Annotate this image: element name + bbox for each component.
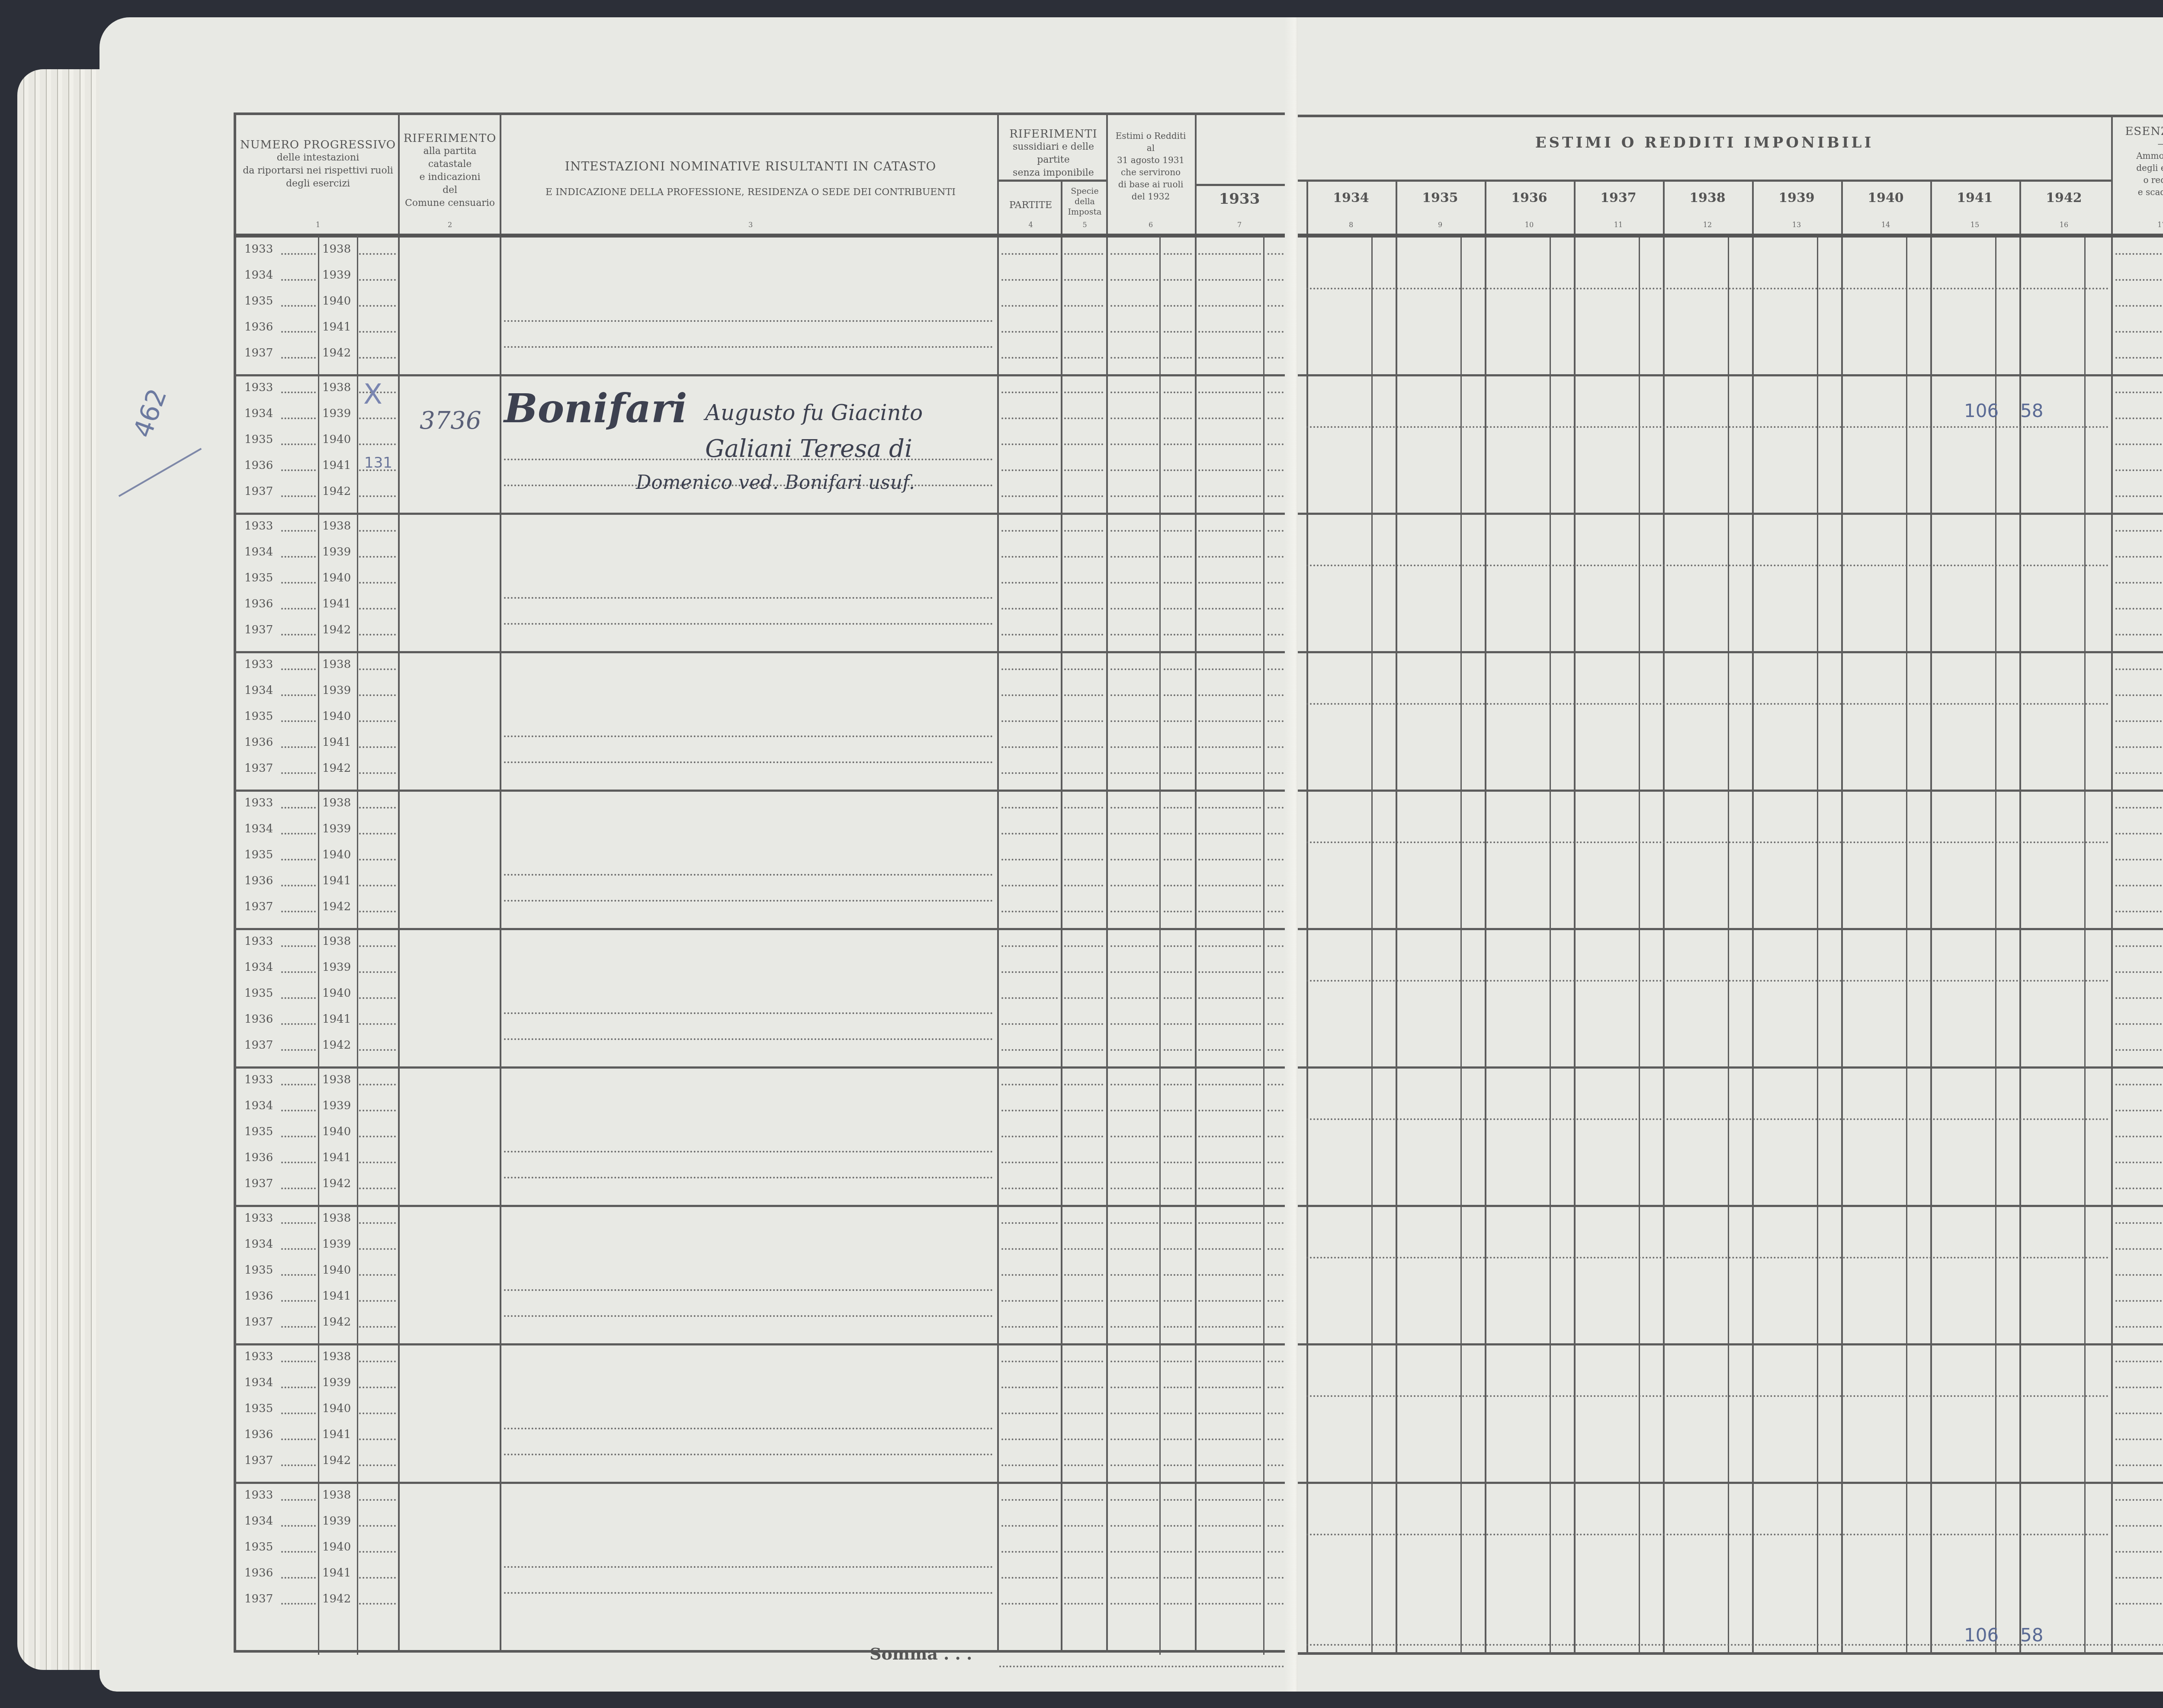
year-label: 1934: [244, 961, 273, 974]
dotted-rule: [1198, 1188, 1261, 1189]
dotted-rule: [1198, 608, 1261, 610]
year-label: 1933: [244, 1350, 273, 1363]
dotted-rule: [359, 1326, 396, 1328]
value-line: [1306, 1257, 2109, 1259]
dotted-rule: [1198, 1274, 1261, 1276]
dotted-rule: [1110, 1499, 1158, 1501]
dotted-rule: [281, 530, 316, 532]
block-divider: [1298, 1066, 2163, 1069]
dotted-rule: [359, 1438, 396, 1440]
dotted-rule: [2115, 746, 2163, 748]
dotted-rule: [281, 279, 316, 281]
dotted-rule: [1064, 772, 1103, 774]
dotted-rule: [359, 1110, 396, 1111]
dotted-rule: [1164, 1361, 1192, 1362]
dotted-rule: [359, 746, 396, 748]
dotted-rule: [1064, 1274, 1103, 1276]
dotted-rule: [1110, 1551, 1158, 1553]
dotted-rule: [1064, 1577, 1103, 1579]
dotted-rule: [1110, 772, 1158, 774]
year-label: 1940: [322, 710, 351, 723]
dotted-rule: [1110, 833, 1158, 835]
dotted-rule: [1001, 443, 1058, 445]
value-line: [1306, 1534, 2109, 1535]
column-number: 7: [1196, 221, 1283, 229]
dotted-rule: [1110, 417, 1158, 419]
dotted-rule: [1001, 772, 1058, 774]
column-divider: [1195, 112, 1197, 1653]
dotted-rule: [1001, 556, 1058, 558]
dotted-rule: [359, 1300, 396, 1302]
dotted-rule: [1164, 720, 1192, 722]
dotted-rule: [1001, 1162, 1058, 1163]
dotted-rule: [1198, 417, 1261, 419]
cross-mark: X: [363, 379, 382, 411]
dotted-rule: [1064, 1413, 1103, 1414]
dotted-rule: [1110, 1326, 1158, 1328]
cents-divider: [1995, 236, 1996, 1655]
dotted-rule: [1064, 885, 1103, 886]
year-label: 1934: [244, 1376, 273, 1389]
dotted-rule: [1164, 305, 1192, 307]
header-line: RIFERIMENTO: [400, 132, 500, 145]
dotted-rule: [1001, 608, 1058, 610]
dotted-rule: [2115, 634, 2163, 636]
year-label: 1933: [244, 1212, 273, 1225]
year-label: 1940: [322, 987, 351, 1000]
year-label: 1940: [322, 1264, 351, 1277]
year-label: 1942: [322, 762, 351, 775]
header-line: e indicazioni: [400, 171, 500, 184]
dotted-rule: [1001, 1326, 1058, 1328]
dotted-rule: [2115, 1499, 2163, 1501]
dotted-rule: [281, 1387, 316, 1388]
year-label: 1941: [322, 459, 351, 472]
dotted-rule: [1064, 1049, 1103, 1051]
column-number: 12: [1663, 221, 1752, 229]
dotted-rule: [359, 1222, 396, 1224]
dotted-rule: [359, 634, 396, 636]
dotted-rule: [1198, 1438, 1261, 1440]
dotted-rule: [1001, 357, 1058, 359]
dotted-rule: [1164, 1248, 1192, 1250]
header-year-1942: 1942: [2019, 190, 2108, 205]
dotted-rule: [359, 694, 396, 696]
dotted-rule: [2115, 279, 2163, 281]
year-label: 1935: [244, 295, 273, 308]
dotted-rule: [281, 1603, 316, 1605]
dotted-rule: [1164, 443, 1192, 445]
year-label: 1939: [322, 1515, 351, 1528]
owner-given-names: Augusto fu Giacinto: [705, 400, 923, 425]
column-divider: [398, 112, 400, 1653]
column-divider: [1106, 112, 1108, 1653]
dotted-rule: [1064, 1162, 1103, 1163]
dotted-rule: [359, 1464, 396, 1466]
dotted-rule: [2115, 668, 2163, 670]
dotted-rule: [1198, 971, 1261, 973]
dotted-rule: [1110, 746, 1158, 748]
column-number: 9: [1396, 221, 1485, 229]
dotted-rule: [1064, 1361, 1103, 1362]
dotted-rule: [1110, 1413, 1158, 1414]
header-line: 31 agosto 1931: [1107, 154, 1194, 166]
dotted-rule: [359, 859, 396, 860]
dotted-rule: [1110, 1274, 1158, 1276]
dotted-rule: [1064, 1603, 1103, 1605]
dotted-rule: [281, 1525, 316, 1527]
header-riferimento: RIFERIMENTO alla partita catastale e ind…: [400, 132, 500, 210]
header-riferimenti-sussidiari: RIFERIMENTI sussidiari e delle partite s…: [999, 128, 1107, 180]
dotted-rule: [2115, 1162, 2163, 1163]
dotted-rule: [1198, 772, 1261, 774]
header-partite: PARTITE: [999, 199, 1062, 212]
entry-line: [504, 1177, 993, 1178]
dotted-rule: [1198, 1464, 1261, 1466]
dotted-rule: [281, 331, 316, 333]
dotted-rule: [1164, 1525, 1192, 1527]
dotted-rule: [1164, 1438, 1192, 1440]
year-label: 1938: [322, 1073, 351, 1086]
dotted-rule: [1164, 417, 1192, 419]
dotted-rule: [281, 634, 316, 636]
value-1941-lire: 106: [1964, 400, 1999, 421]
column-divider: [1159, 236, 1161, 1655]
year-label: 1941: [322, 1013, 351, 1026]
year-label: 1937: [244, 1454, 273, 1467]
year-label: 1936: [244, 1567, 273, 1580]
dotted-rule: [2115, 1248, 2163, 1250]
dotted-rule: [1001, 279, 1058, 281]
dotted-rule: [1110, 469, 1158, 471]
dotted-rule: [1110, 859, 1158, 860]
value-line: [1306, 288, 2109, 289]
dotted-rule: [1164, 772, 1192, 774]
dotted-rule: [359, 495, 396, 497]
right-page: Mod. 111 - Imposte Dirette (Intercalare)…: [1298, 17, 2163, 1692]
year-label: 1940: [322, 1125, 351, 1138]
dotted-rule: [281, 582, 316, 584]
header-year-1937: 1937: [1574, 190, 1663, 205]
entry-line: [504, 1289, 993, 1291]
dotted-rule: [1198, 1023, 1261, 1025]
year-label: 1939: [322, 407, 351, 420]
dotted-rule: [1064, 1084, 1103, 1085]
dotted-rule: [1164, 1603, 1192, 1605]
year-label: 1937: [244, 1592, 273, 1605]
dotted-rule: [1001, 1110, 1058, 1111]
dotted-rule: [359, 885, 396, 886]
open-ledger-book: NUMERO PROGRESSIVO delle intestazioni da…: [17, 9, 2163, 1696]
cents-divider: [1817, 236, 1818, 1655]
dotted-rule: [1064, 1222, 1103, 1224]
block-divider: [234, 1343, 1302, 1345]
column-divider: [1752, 182, 1754, 1655]
year-label: 1942: [322, 485, 351, 498]
cents-divider: [1550, 236, 1551, 1655]
year-label: 1936: [244, 597, 273, 610]
dotted-rule: [1064, 530, 1103, 532]
value-line: [1306, 426, 2109, 428]
dotted-rule: [1198, 1049, 1261, 1051]
year-label: 1938: [322, 381, 351, 394]
dotted-rule: [1001, 253, 1058, 255]
year-label: 1936: [244, 459, 273, 472]
right-table-frame: [1298, 115, 2163, 1655]
dotted-rule: [1164, 253, 1192, 255]
dotted-rule: [1064, 1387, 1103, 1388]
dotted-rule: [1064, 253, 1103, 255]
dotted-rule: [1001, 582, 1058, 584]
header-line: E INDICAZIONE DELLA PROFESSIONE, RESIDEN…: [502, 186, 999, 199]
dotted-rule: [1064, 911, 1103, 912]
dotted-rule: [1164, 582, 1192, 584]
dotted-rule: [1198, 331, 1261, 333]
year-label: 1933: [244, 1489, 273, 1502]
year-label: 1933: [244, 243, 273, 256]
dotted-rule: [359, 417, 396, 419]
year-label: 1935: [244, 710, 273, 723]
year-label: 1934: [244, 1515, 273, 1528]
dotted-rule: [1064, 1499, 1103, 1501]
dotted-rule: [2115, 495, 2163, 497]
dotted-rule: [281, 417, 316, 419]
dotted-rule: [281, 1413, 316, 1414]
dotted-rule: [281, 305, 316, 307]
dotted-rule: [359, 668, 396, 670]
dotted-rule: [281, 945, 316, 947]
header-line: degli esercizi: [238, 177, 398, 190]
header-line: Specie: [1062, 186, 1107, 196]
dotted-rule: [281, 443, 316, 445]
year-label: 1939: [322, 546, 351, 559]
dotted-rule: [1198, 530, 1261, 532]
year-label: 1941: [322, 1428, 351, 1441]
dotted-rule: [1164, 746, 1192, 748]
dotted-rule: [1001, 469, 1058, 471]
block-divider: [234, 374, 1302, 376]
block-divider: [1298, 928, 2163, 930]
year-label: 1941: [322, 1567, 351, 1580]
dotted-rule: [1164, 694, 1192, 696]
year-label: 1942: [322, 1454, 351, 1467]
side-note: 131: [364, 454, 392, 472]
column-number: 4: [999, 221, 1062, 229]
dotted-rule: [1110, 1387, 1158, 1388]
dotted-rule: [2115, 1577, 2163, 1579]
dotted-rule: [281, 720, 316, 722]
dotted-rule: [359, 1499, 396, 1501]
header-line: del 1932: [1107, 190, 1194, 202]
dotted-rule: [1001, 1274, 1058, 1276]
column-divider: [500, 112, 501, 1653]
dotted-rule: [1164, 1577, 1192, 1579]
year-label: 1933: [244, 935, 273, 948]
dotted-rule: [1110, 279, 1158, 281]
value-line: [1306, 1118, 2109, 1120]
co-owner-line: Galiani Teresa di: [705, 435, 912, 463]
dotted-rule: [359, 1413, 396, 1414]
column-divider: [2111, 115, 2113, 1655]
entry-line: [504, 346, 993, 348]
dotted-rule: [1001, 911, 1058, 912]
dotted-rule: [1164, 634, 1192, 636]
column-divider: [1841, 182, 1843, 1655]
year-label: 1938: [322, 935, 351, 948]
column-divider: [357, 236, 358, 1655]
year-label: 1937: [244, 623, 273, 636]
dotted-rule: [281, 392, 316, 393]
dotted-rule: [1164, 1049, 1192, 1051]
dotted-rule: [281, 859, 316, 860]
value-line: [1306, 703, 2109, 705]
year-label: 1942: [322, 900, 351, 913]
header-line: di base ai ruoli: [1107, 178, 1194, 190]
dotted-rule: [1164, 1136, 1192, 1137]
dotted-rule: [359, 556, 396, 558]
dotted-rule: [2115, 971, 2163, 973]
dotted-rule: [281, 772, 316, 774]
block-divider: [234, 1205, 1302, 1207]
dotted-rule: [1001, 1300, 1058, 1302]
year-label: 1940: [322, 295, 351, 308]
header-esenzioni: ESENZIONI — Ammontare degli estimi o red…: [2113, 125, 2163, 198]
entry-line: [504, 1428, 993, 1429]
year-label: 1934: [244, 546, 273, 559]
dotted-rule: [1198, 945, 1261, 947]
dotted-rule: [1001, 945, 1058, 947]
dotted-rule: [1164, 357, 1192, 359]
dotted-rule: [1110, 495, 1158, 497]
dotted-rule: [1198, 495, 1261, 497]
dotted-rule: [1064, 634, 1103, 636]
dotted-rule: [1164, 556, 1192, 558]
dotted-rule: [1198, 668, 1261, 670]
dotted-rule: [1198, 305, 1261, 307]
dotted-rule: [359, 807, 396, 809]
column-divider: [1574, 182, 1576, 1655]
block-divider: [234, 513, 1302, 515]
dotted-rule: [1164, 911, 1192, 912]
header-estimi-1932: Estimi o Redditi al 31 agosto 1931 che s…: [1107, 130, 1194, 202]
partita-number: 3736: [420, 407, 481, 435]
dotted-rule: [1001, 885, 1058, 886]
year-label: 1936: [244, 1290, 273, 1303]
dotted-rule: [1198, 357, 1261, 359]
dotted-rule: [2115, 331, 2163, 333]
dotted-rule: [1001, 997, 1058, 999]
header-year-1935: 1935: [1396, 190, 1485, 205]
dotted-rule: [1110, 1300, 1158, 1302]
dotted-rule: [1110, 556, 1158, 558]
dotted-rule: [2115, 1438, 2163, 1440]
dotted-rule: [1198, 1577, 1261, 1579]
header-line: —: [2113, 138, 2163, 150]
left-page: NUMERO PROGRESSIVO delle intestazioni da…: [99, 17, 1298, 1692]
dotted-rule: [1198, 911, 1261, 912]
year-label: 1933: [244, 520, 273, 533]
dotted-rule: [1198, 1499, 1261, 1501]
dotted-rule: [281, 971, 316, 973]
dotted-rule: [1110, 582, 1158, 584]
dotted-rule: [359, 530, 396, 532]
dotted-rule: [1198, 634, 1261, 636]
dotted-rule: [1164, 1551, 1192, 1553]
dotted-rule: [1064, 833, 1103, 835]
year-label: 1934: [244, 1099, 273, 1112]
dotted-rule: [1198, 1387, 1261, 1388]
dotted-rule: [359, 1577, 396, 1579]
dotted-rule: [1110, 608, 1158, 610]
dotted-rule: [2115, 469, 2163, 471]
dotted-rule: [359, 608, 396, 610]
dotted-rule: [359, 1188, 396, 1189]
dotted-rule: [2115, 530, 2163, 532]
header-line: sussidiari e delle partite: [999, 141, 1107, 167]
dotted-rule: [359, 1387, 396, 1388]
dotted-rule: [281, 1464, 316, 1466]
dotted-rule: [1164, 1387, 1192, 1388]
dotted-rule: [1164, 469, 1192, 471]
year-label: 1936: [244, 736, 273, 749]
dotted-rule: [1198, 807, 1261, 809]
dotted-rule: [1001, 668, 1058, 670]
dotted-rule: [359, 1248, 396, 1250]
header-year-1939: 1939: [1752, 190, 1841, 205]
dotted-rule: [1164, 495, 1192, 497]
entry-line: [504, 1315, 993, 1317]
block-divider: [1298, 1482, 2163, 1484]
co-owner-line-2: Domenico ved. Bonifari usuf.: [636, 472, 915, 494]
dotted-rule: [1064, 1248, 1103, 1250]
dotted-rule: [1064, 694, 1103, 696]
header-line: alla partita catastale: [400, 145, 500, 171]
dotted-rule: [1110, 1361, 1158, 1362]
entry-line: [504, 900, 993, 902]
somma-label: Somma . . .: [870, 1644, 972, 1663]
dotted-rule: [281, 1438, 316, 1440]
year-label: 1938: [322, 243, 351, 256]
dotted-rule: [2115, 1387, 2163, 1388]
header-line: ESENZIONI: [2113, 125, 2163, 138]
year-label: 1938: [322, 658, 351, 671]
dotted-rule: [1198, 1110, 1261, 1111]
header-line: o redditi: [2113, 174, 2163, 186]
year-label: 1937: [244, 900, 273, 913]
dotted-rule: [281, 1499, 316, 1501]
column-number: 14: [1841, 221, 1930, 229]
dotted-rule: [1198, 469, 1261, 471]
dotted-rule: [2115, 1300, 2163, 1302]
header-line: NUMERO PROGRESSIVO: [238, 138, 398, 151]
column-divider: [1930, 182, 1932, 1655]
value-line: [1306, 1395, 2109, 1397]
dotted-rule: [1164, 608, 1192, 610]
dotted-rule: [1198, 1162, 1261, 1163]
year-label: 1937: [244, 762, 273, 775]
year-label: 1938: [322, 1350, 351, 1363]
dotted-rule: [359, 1023, 396, 1025]
dotted-rule: [2115, 1049, 2163, 1051]
dotted-rule: [359, 443, 396, 445]
dotted-rule: [2115, 1551, 2163, 1553]
year-label: 1942: [322, 1592, 351, 1605]
year-label: 1941: [322, 736, 351, 749]
dotted-rule: [2115, 253, 2163, 255]
value-1941-cents: 58: [2020, 400, 2043, 421]
dotted-rule: [1110, 911, 1158, 912]
header-line: Comune censuario: [400, 197, 500, 210]
